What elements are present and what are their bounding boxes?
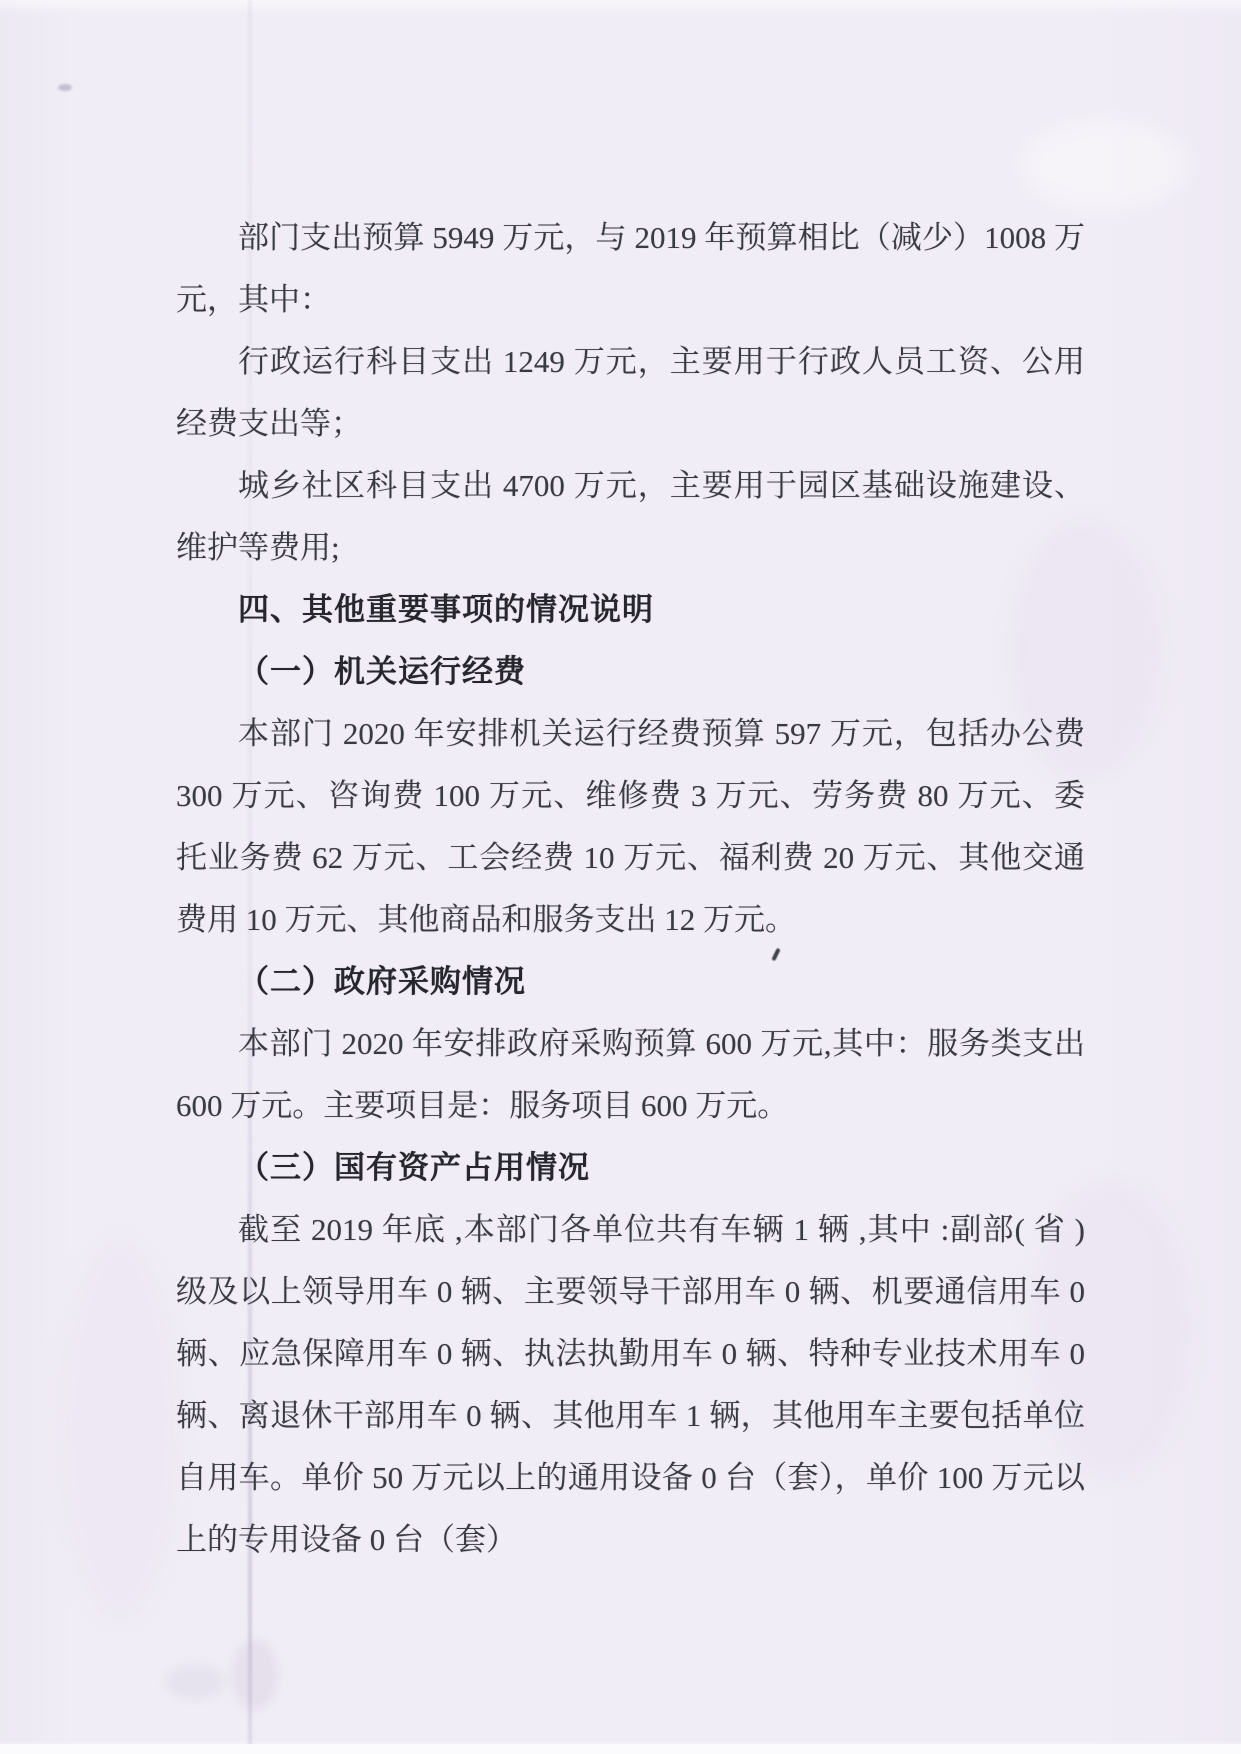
doc-line: 辆、应急保障用车 0 辆、执法执勤用车 0 辆、特种专业技术用车 0 (176, 1323, 1085, 1385)
scanned-document-page: { "page": { "background_color": "#f1edf6… (0, 0, 1241, 1754)
doc-line: 本部门 2020 年安排机关运行经费预算 597 万元，包括办公费 (176, 703, 1085, 765)
section-heading-operating-expense: （一）机关运行经费 (176, 641, 1085, 703)
section-heading-gov-procurement: （二）政府采购情况 (176, 951, 1085, 1013)
doc-line: 本部门 2020 年安排政府采购预算 600 万元,其中：服务类支出 (176, 1013, 1085, 1075)
doc-line: 自用车。单价 50 万元以上的通用设备 0 台（套），单价 100 万元以 (176, 1447, 1085, 1509)
scan-smudge-artifact (165, 1665, 225, 1699)
doc-line: 部门支出预算 5949 万元，与 2019 年预算相比（减少）1008 万 (176, 207, 1085, 269)
doc-line: 300 万元、咨询费 100 万元、维修费 3 万元、劳务费 80 万元、委 (176, 765, 1085, 827)
doc-line: 上的专用设备 0 台（套） (176, 1509, 1085, 1571)
scan-edge-strip (0, 1744, 1241, 1754)
scan-light-patch (1020, 120, 1190, 210)
doc-line: 级及以上领导用车 0 辆、主要领导干部用车 0 辆、机要通信用车 0 (176, 1261, 1085, 1323)
doc-line: 行政运行科目支出 1249 万元，主要用于行政人员工资、公用 (176, 331, 1085, 393)
doc-line: 元，其中： (176, 269, 1085, 331)
scan-smudge-artifact (232, 1640, 278, 1710)
doc-line: 托业务费 62 万元、工会经费 10 万元、福利费 20 万元、其他交通 (176, 827, 1085, 889)
doc-line: 600 万元。主要项目是：服务项目 600 万元。 (176, 1075, 1085, 1137)
doc-line: 辆、离退休干部用车 0 辆、其他用车 1 辆，其他用车主要包括单位 (176, 1385, 1085, 1447)
section-heading-state-assets: （三）国有资产占用情况 (176, 1137, 1085, 1199)
doc-line: 经费支出等； (176, 393, 1085, 455)
section-heading-other-items: 四、其他重要事项的情况说明 (176, 579, 1085, 641)
doc-line: 城乡社区科目支出 4700 万元，主要用于园区基础设施建设、 (176, 455, 1085, 517)
doc-line: 费用 10 万元、其他商品和服务支出 12 万元。 (176, 889, 1085, 951)
doc-line: 维护等费用; (176, 517, 1085, 579)
document-text-block: 部门支出预算 5949 万元，与 2019 年预算相比（减少）1008 万 元，… (176, 207, 1085, 1571)
scan-speck-artifact (58, 84, 72, 91)
scan-shade-patch (60, 1240, 180, 1620)
doc-line: 截至 2019 年底 ,本部门各单位共有车辆 1 辆 ,其中 :副部( 省 ) (176, 1199, 1085, 1261)
